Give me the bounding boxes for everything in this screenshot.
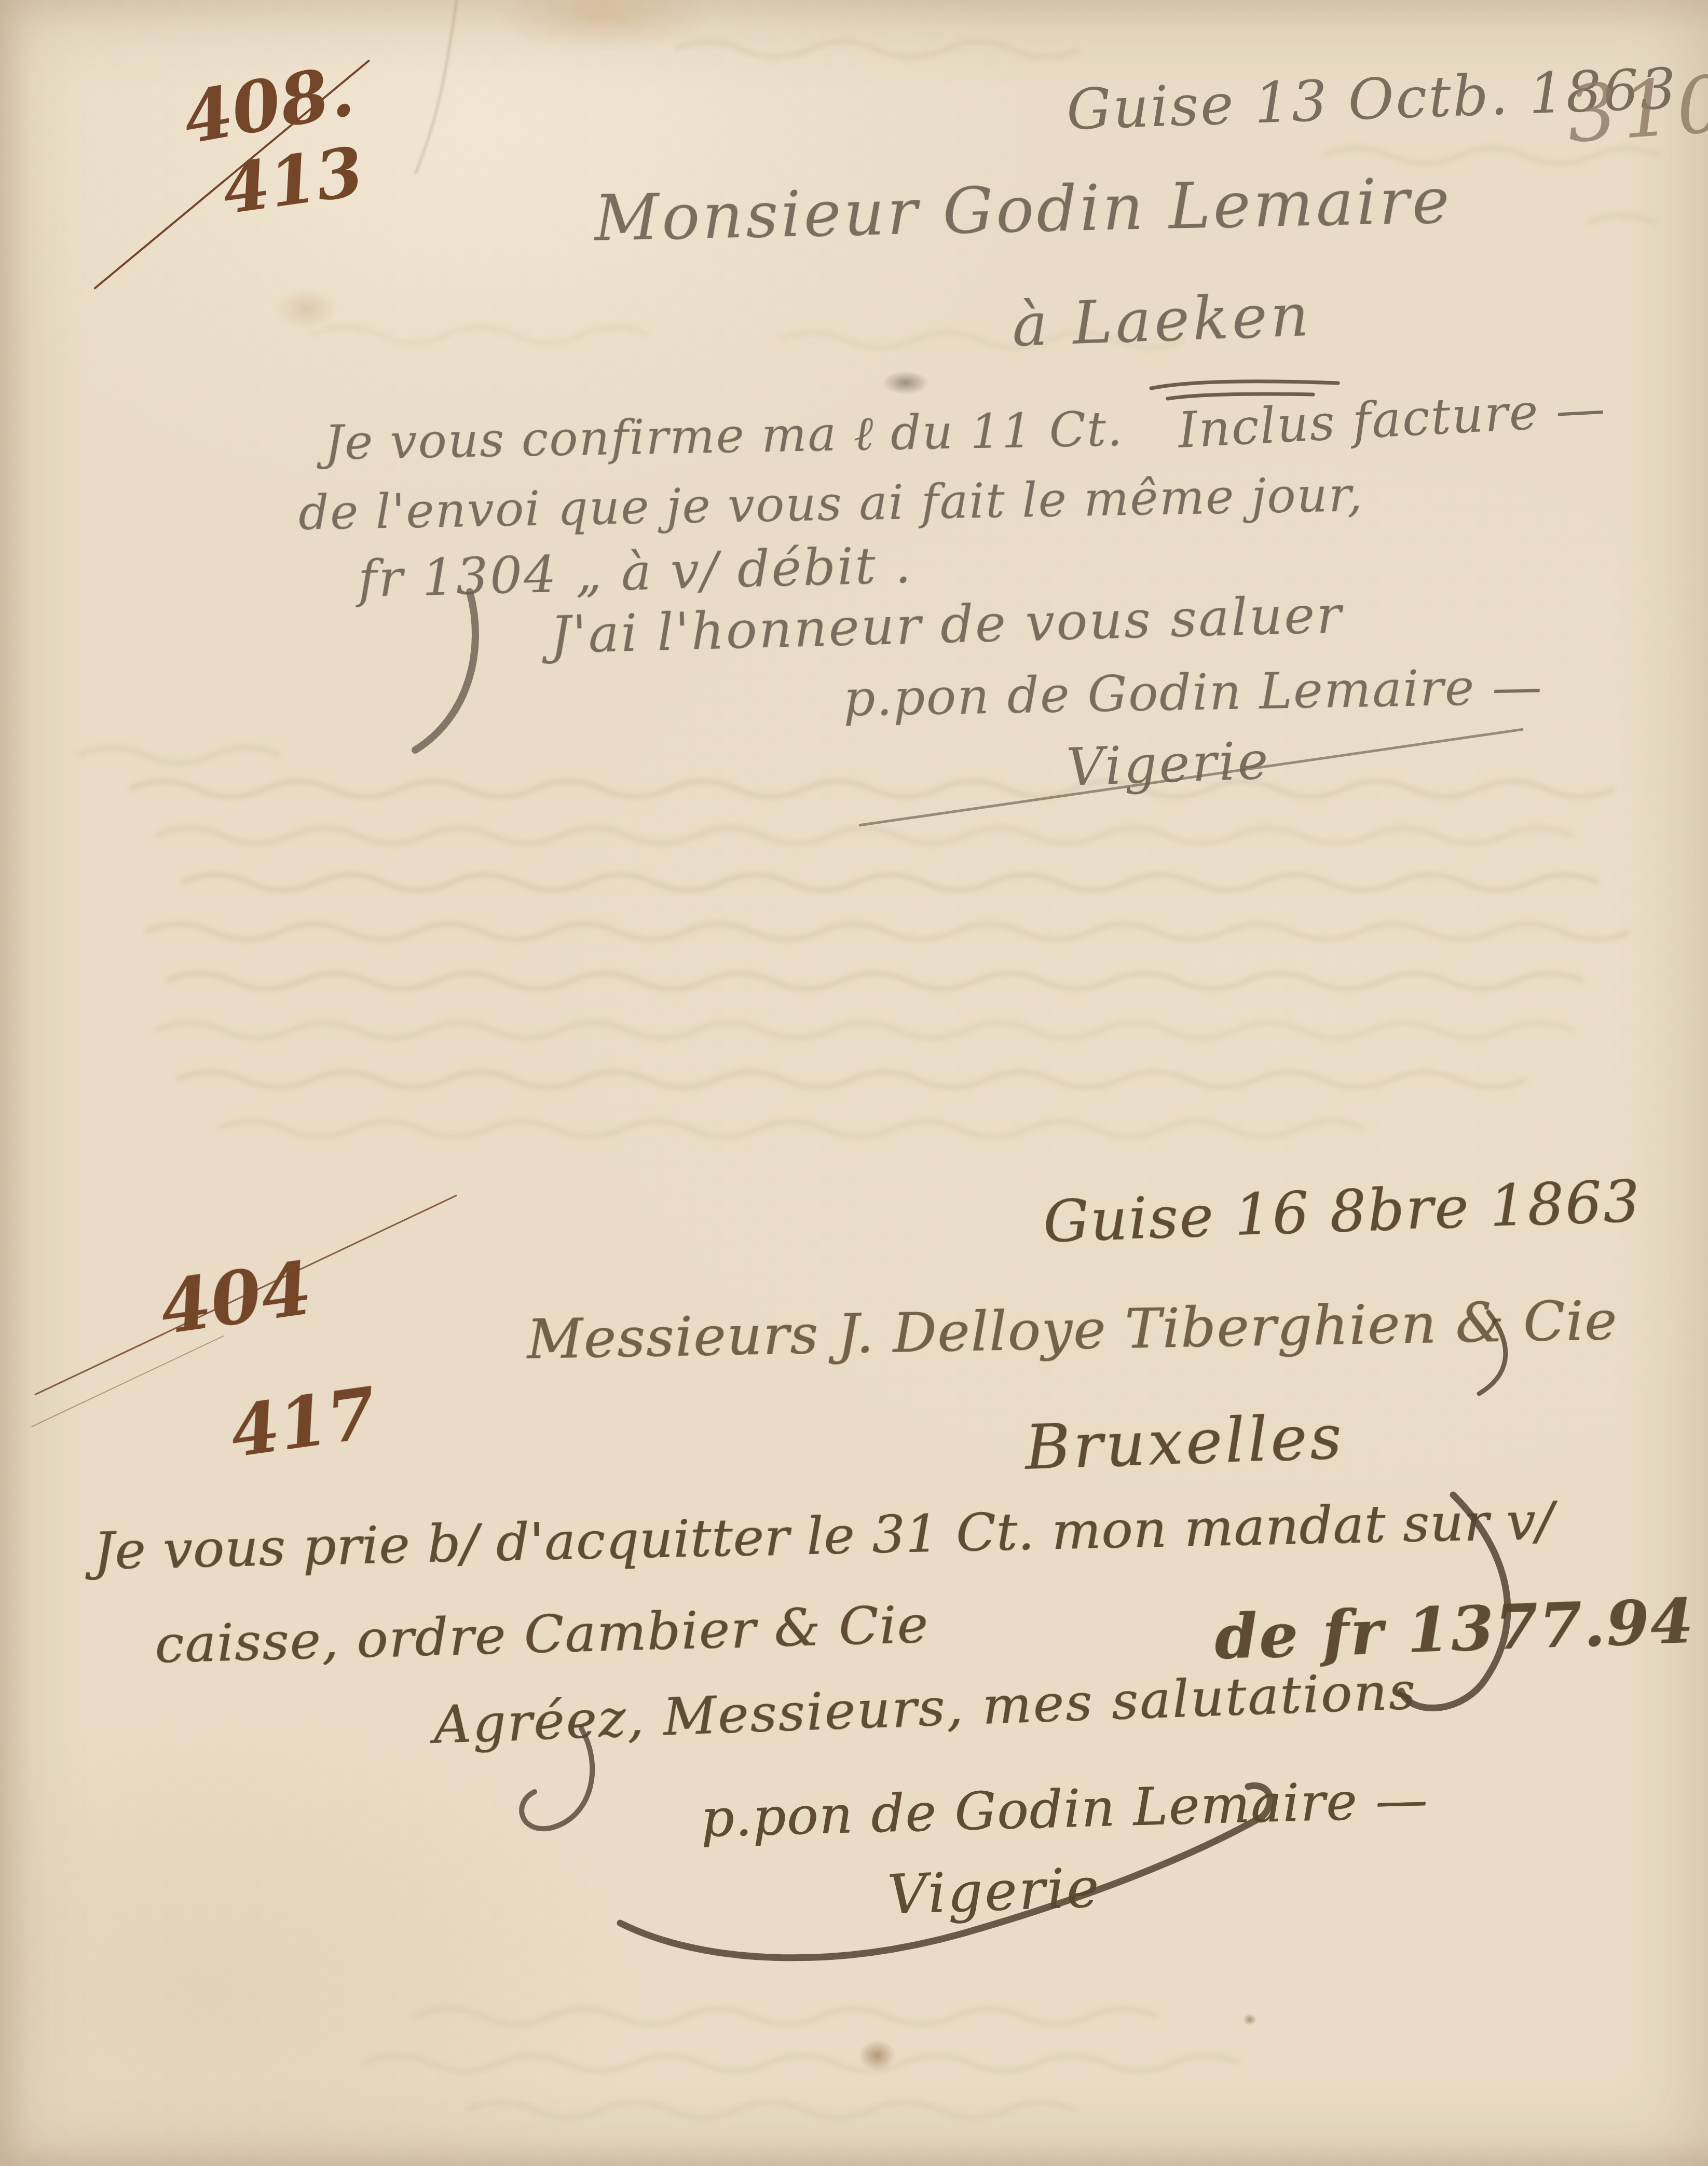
letter2-signature: Vigerie: [886, 1856, 1102, 1927]
letter1-body-line2: de l'envoi que je vous ai fait le même j…: [298, 467, 1364, 541]
paper-speck: [1243, 2014, 1256, 2025]
page-number-stamp: 310: [1564, 59, 1708, 160]
top-edge-discoloration: [493, 0, 711, 52]
letter2-body-amount: de fr 1377.94: [1213, 1585, 1696, 1673]
ghost-line: [176, 1072, 1526, 1087]
ghost-line: [311, 327, 649, 343]
letter1-signature: Vigerie: [1065, 730, 1271, 798]
paper-crease: [415, 0, 457, 174]
ghost-line: [467, 2102, 1074, 2118]
faint-smudge: [275, 288, 337, 330]
ghost-line: [182, 875, 1598, 890]
letter2-recipient: Messieurs J. Delloye Tiberghien & Cie: [526, 1289, 1618, 1371]
letter1-body-line1b: Inclus facture —: [1177, 380, 1607, 459]
letterbook-page: 408. 413 Guise 13 Octb. 1863 310 Monsieu…: [0, 0, 1708, 2166]
letter2-archive-number-bottom: 417: [225, 1371, 381, 1474]
letter2-archive-fraction-line: [34, 1194, 457, 1395]
ghost-line: [130, 781, 1614, 797]
letter1-body-line1a: Je vous confirme ma ℓ du 11 Ct.: [324, 401, 1124, 471]
letter2-closing: Agréez, Messieurs, mes salutations: [432, 1660, 1417, 1755]
letter2-dateline: Guise 16 8bre 1863: [1042, 1168, 1642, 1255]
letter1-place: à Laeken: [1011, 280, 1313, 360]
ghost-line: [1588, 215, 1656, 223]
ghost-line: [363, 2055, 1240, 2071]
ink-blot: [882, 371, 929, 394]
letter2-place: Bruxelles: [1024, 1401, 1346, 1483]
letter2-body-line2a: caisse, ordre Cambier & Cie: [154, 1594, 930, 1675]
ghost-line: [675, 42, 1080, 57]
ghost-line: [145, 924, 1630, 939]
ghost-line: [166, 973, 1583, 989]
ghost-line: [415, 2009, 1157, 2024]
ghost-line: [218, 1121, 1365, 1137]
letter2-body-line1: Je vous prie b/ d'acquitter le 31 Ct. mo…: [93, 1490, 1554, 1582]
letter1-paragraph-flourish: [415, 592, 475, 750]
ghost-line: [156, 828, 1573, 843]
letter2-procuration-line: p.pon de Godin Lemaire —: [700, 1769, 1429, 1849]
letter1-procuration-line: p.pon de Godin Lemaire —: [843, 657, 1543, 728]
paper-stain: [859, 2040, 895, 2071]
letter1-recipient: Monsieur Godin Lemaire: [594, 164, 1453, 255]
ghost-line: [156, 1023, 1573, 1038]
ghost-line: [78, 747, 280, 763]
